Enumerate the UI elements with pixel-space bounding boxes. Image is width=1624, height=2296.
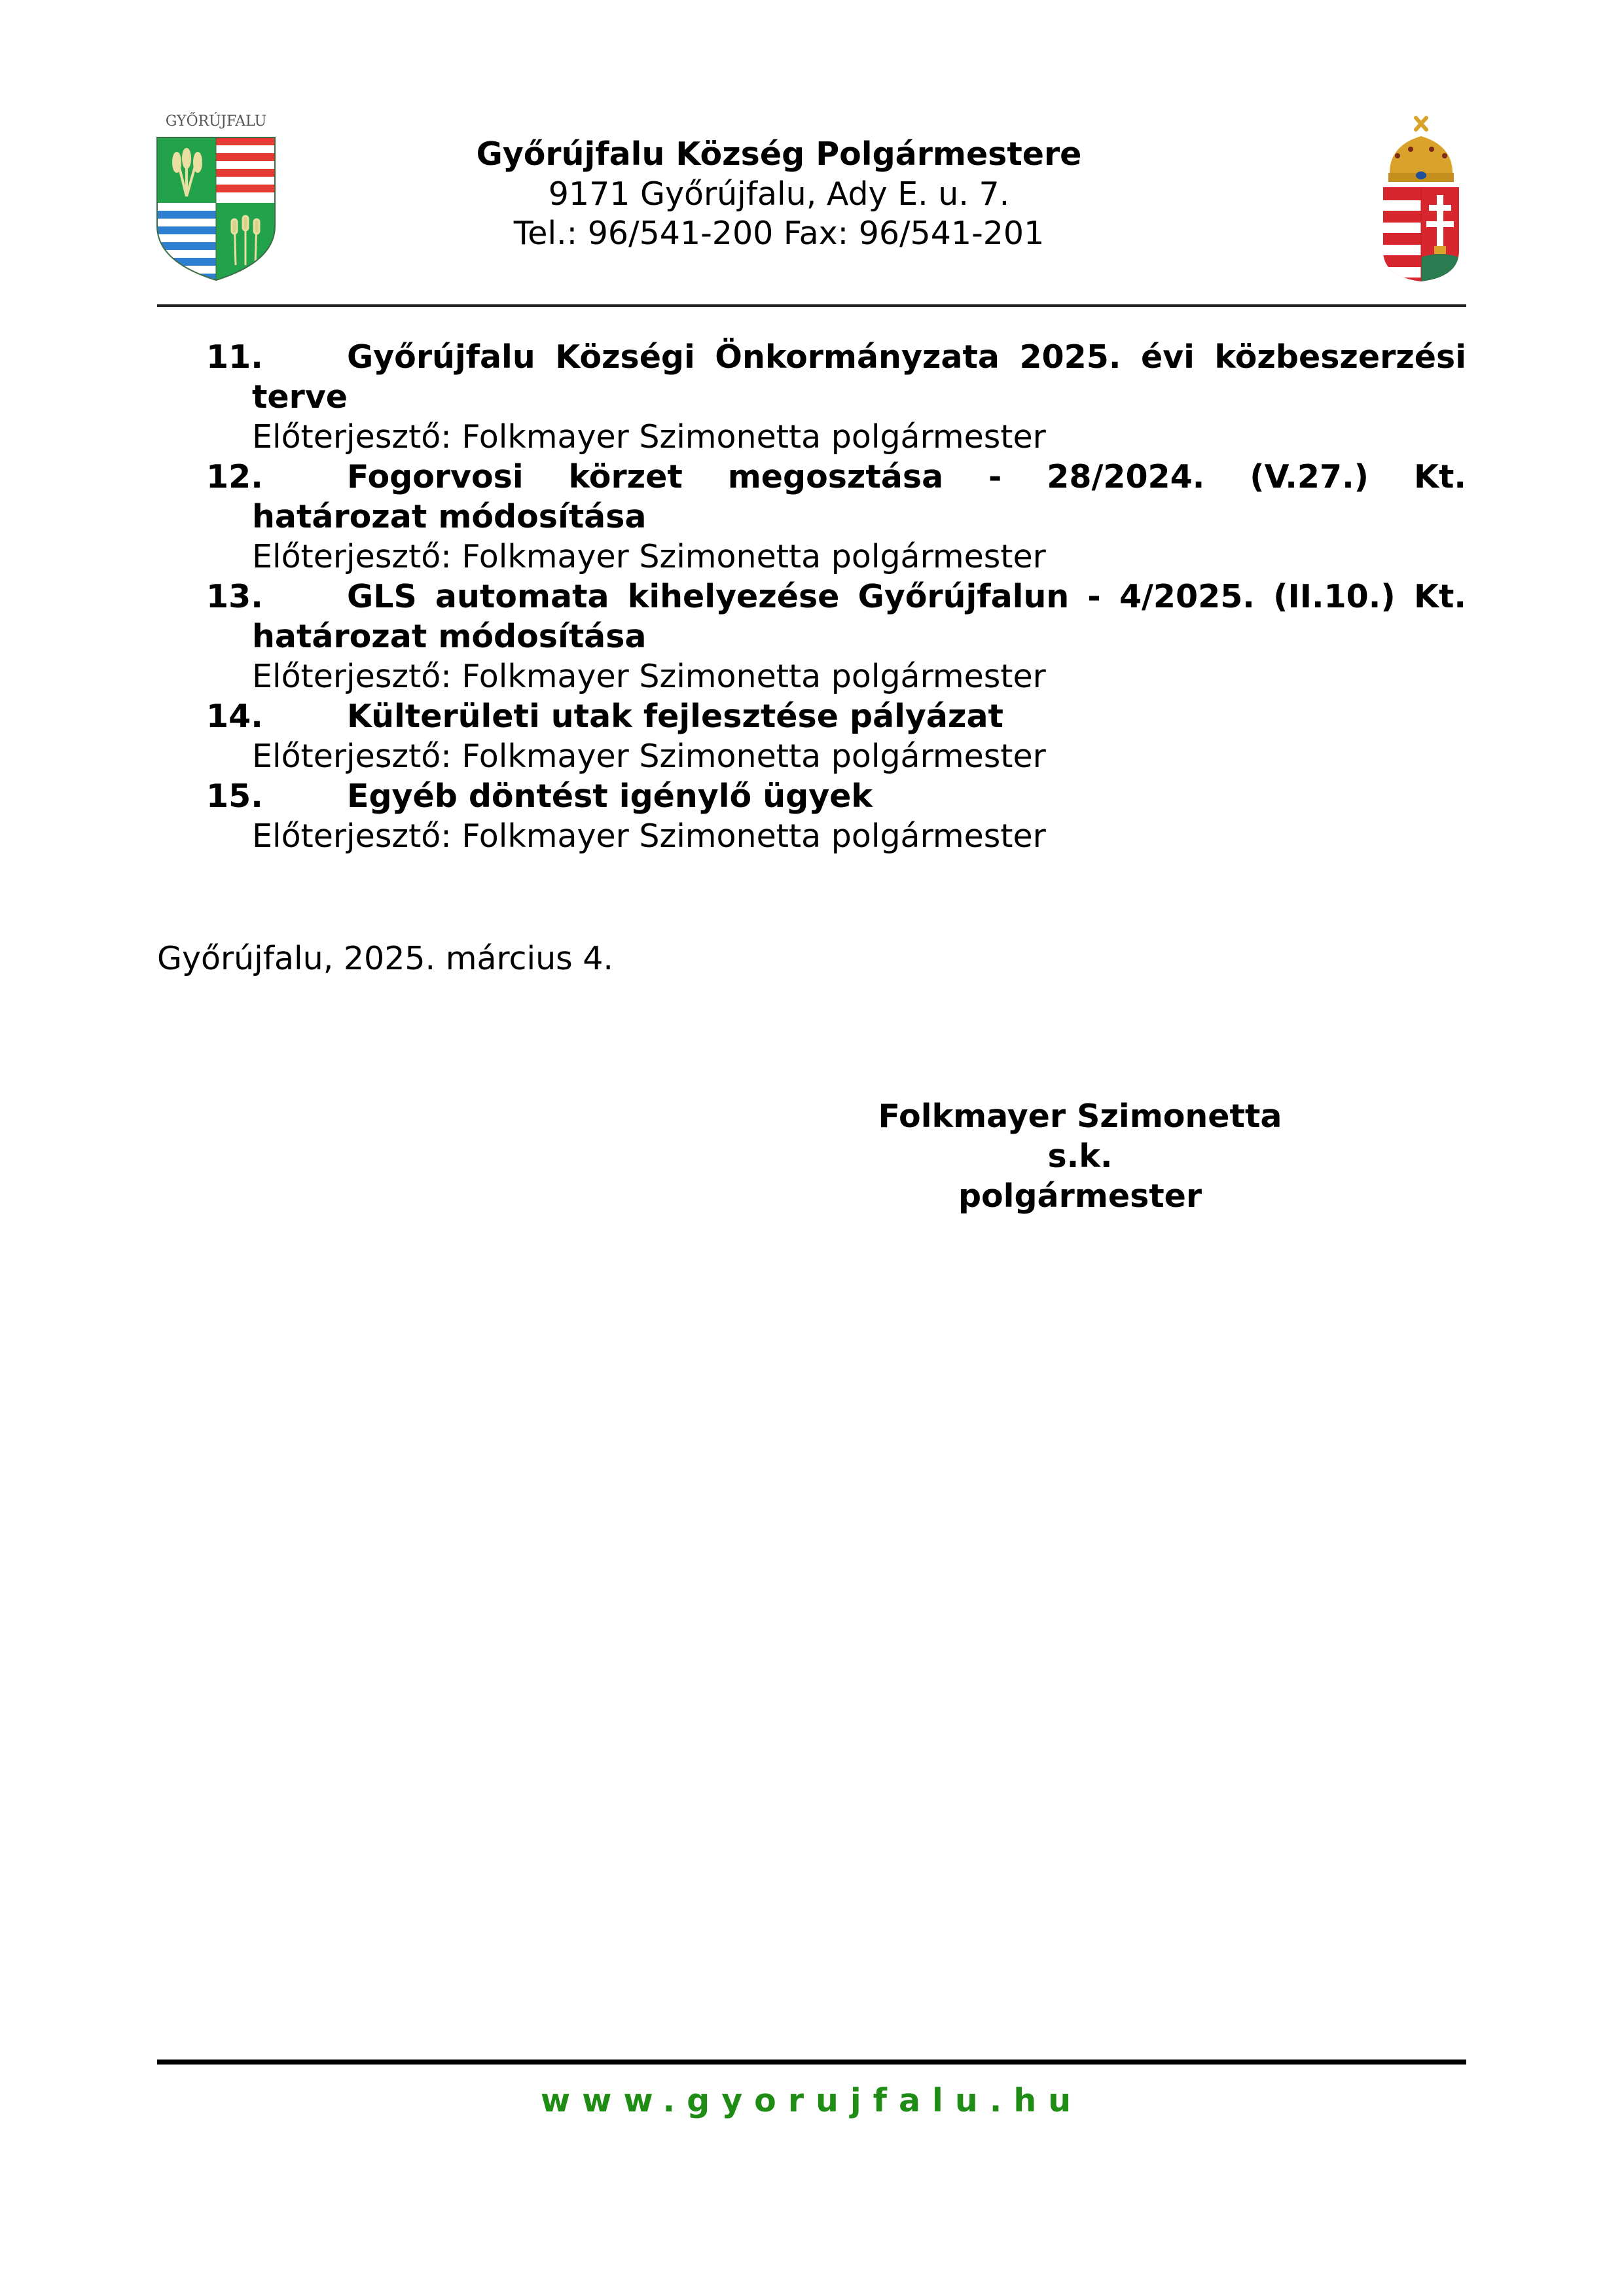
- agenda-item-title: 13.GLS automata kihelyezése Győrújfalun …: [206, 577, 1466, 617]
- issuer-contact: Tel.: 96/541-200 Fax: 96/541-201: [393, 214, 1165, 253]
- signatory-name: Folkmayer Szimonetta s.k.: [851, 1096, 1309, 1176]
- agenda-item: 14.Külterületi utak fejlesztése pályázat…: [206, 696, 1466, 776]
- website-link[interactable]: www.gyorujfalu.hu: [157, 2081, 1466, 2121]
- coat-of-arms-icon: GYŐRÚJFALU: [151, 111, 281, 281]
- agenda-item-title: 14.Külterületi utak fejlesztése pályázat: [206, 696, 1466, 736]
- agenda-item: 11.Győrújfalu Községi Önkormányzata 2025…: [206, 337, 1466, 457]
- hungarian-crest-icon: [1378, 110, 1476, 287]
- agenda-list: 11.Győrújfalu Községi Önkormányzata 2025…: [206, 337, 1466, 856]
- agenda-item-presenter: Előterjesztő: Folkmayer Szimonetta polgá…: [206, 656, 1466, 696]
- agenda-item-title: 15.Egyéb döntést igénylő ügyek: [206, 776, 1466, 816]
- signature-block: Folkmayer Szimonetta s.k. polgármester: [851, 1096, 1309, 1216]
- agenda-item-presenter: Előterjesztő: Folkmayer Szimonetta polgá…: [206, 736, 1466, 776]
- agenda-item-presenter: Előterjesztő: Folkmayer Szimonetta polgá…: [206, 417, 1466, 457]
- agenda-item-number: 12.: [206, 457, 347, 497]
- footer-divider: [157, 2060, 1466, 2064]
- agenda-item-number: 11.: [206, 337, 347, 377]
- header-divider: [157, 304, 1466, 307]
- document-page: GYŐRÚJFALU: [0, 0, 1624, 2296]
- agenda-item-title-continued: határozat módosítása: [206, 617, 1466, 656]
- agenda-item-title-continued: terve: [206, 377, 1466, 417]
- signatory-role: polgármester: [851, 1176, 1309, 1216]
- agenda-item: 13.GLS automata kihelyezése Győrújfalun …: [206, 577, 1466, 696]
- agenda-item-title: 11.Győrújfalu Községi Önkormányzata 2025…: [206, 337, 1466, 377]
- svg-text:GYŐRÚJFALU: GYŐRÚJFALU: [166, 112, 266, 130]
- issuer-address: 9171 Győrújfalu, Ady E. u. 7.: [393, 175, 1165, 214]
- agenda-item: 12.Fogorvosi körzet megosztása - 28/2024…: [206, 457, 1466, 577]
- agenda-item-number: 13.: [206, 577, 347, 617]
- agenda-item-title-continued: határozat módosítása: [206, 497, 1466, 537]
- date-line: Győrújfalu, 2025. március 4.: [157, 939, 613, 978]
- agenda-item-presenter: Előterjesztő: Folkmayer Szimonetta polgá…: [206, 537, 1466, 577]
- hungarian-coat-of-arms: [1378, 110, 1476, 287]
- agenda-item-number: 14.: [206, 696, 347, 736]
- agenda-item-title: 12.Fogorvosi körzet megosztása - 28/2024…: [206, 457, 1466, 497]
- gyorujfalu-coat-of-arms: GYŐRÚJFALU: [151, 111, 281, 281]
- issuer-title: Győrújfalu Község Polgármestere: [393, 134, 1165, 175]
- agenda-item: 15.Egyéb döntést igénylő ügyek Előterjes…: [206, 776, 1466, 856]
- agenda-item-presenter: Előterjesztő: Folkmayer Szimonetta polgá…: [206, 816, 1466, 856]
- agenda-item-number: 15.: [206, 776, 347, 816]
- letterhead: Győrújfalu Község Polgármestere 9171 Győ…: [393, 134, 1165, 253]
